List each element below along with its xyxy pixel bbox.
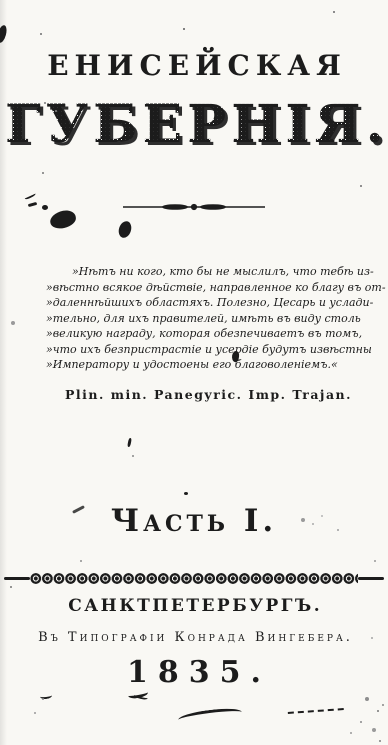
book-title-line2: ГУБЕРНІЯ. <box>0 94 388 155</box>
pen-stroke <box>40 692 53 699</box>
imprint-year: 1835. <box>0 655 388 690</box>
part-word: Часть <box>111 503 229 539</box>
swelled-rule-divider <box>123 197 265 216</box>
epigraph-attribution: Plin. min. Panegyric. Imp. Trajan. <box>0 387 352 402</box>
ink-blot <box>49 208 78 230</box>
ink-squiggle <box>28 202 37 207</box>
pen-stroke <box>288 708 344 720</box>
ink-mark <box>127 438 132 447</box>
epigraph-quote: »Нѣтъ ни кого, кто бы не мыслилъ, что те… <box>46 264 346 373</box>
pen-stroke <box>178 706 243 726</box>
chain-rule-left-end <box>4 577 30 580</box>
swelled-rule-icon <box>123 202 265 212</box>
book-title-page: ЕНИСЕЙСКАЯ ГУБЕРНІЯ. »Нѣтъ ни кого, кто … <box>0 0 388 745</box>
part-numeral: I. <box>244 503 277 539</box>
chain-rule-right-end <box>358 577 384 580</box>
part-heading: Часть I. <box>0 503 388 539</box>
book-title-line1: ЕНИСЕЙСКАЯ <box>0 49 388 82</box>
ornamental-chain-divider <box>4 572 384 585</box>
chain-rosettes-icon <box>30 572 358 585</box>
ink-mark <box>184 492 188 495</box>
ink-squiggle <box>24 192 37 201</box>
imprint-city: САНКТПЕТЕРБУРГЪ. <box>0 596 388 616</box>
epigraph-line: »что ихъ безпристрастіе и усердіе будутъ… <box>46 342 346 358</box>
imprint-printer: Въ Типографіи Конрада Вингебера. <box>0 630 388 645</box>
epigraph-line: »Императору и удостоены его благоволеніе… <box>46 357 346 373</box>
epigraph-line: »даленнѣйшихъ областяхъ. Полезно, Цесарь… <box>46 295 346 311</box>
epigraph-line: »Нѣтъ ни кого, кто бы не мыслилъ, что те… <box>46 264 346 280</box>
epigraph-line: »вѣстно всякое дѣйствіе, направленное ко… <box>46 280 346 296</box>
epigraph-line: »тельно, для ихъ правителей, имѣть въ ви… <box>46 311 346 327</box>
ink-blot <box>117 220 134 240</box>
paper-speckles <box>0 0 2 2</box>
ink-blot <box>42 205 48 210</box>
epigraph-line: »великую награду, которая обезпечиваетъ … <box>46 326 346 342</box>
